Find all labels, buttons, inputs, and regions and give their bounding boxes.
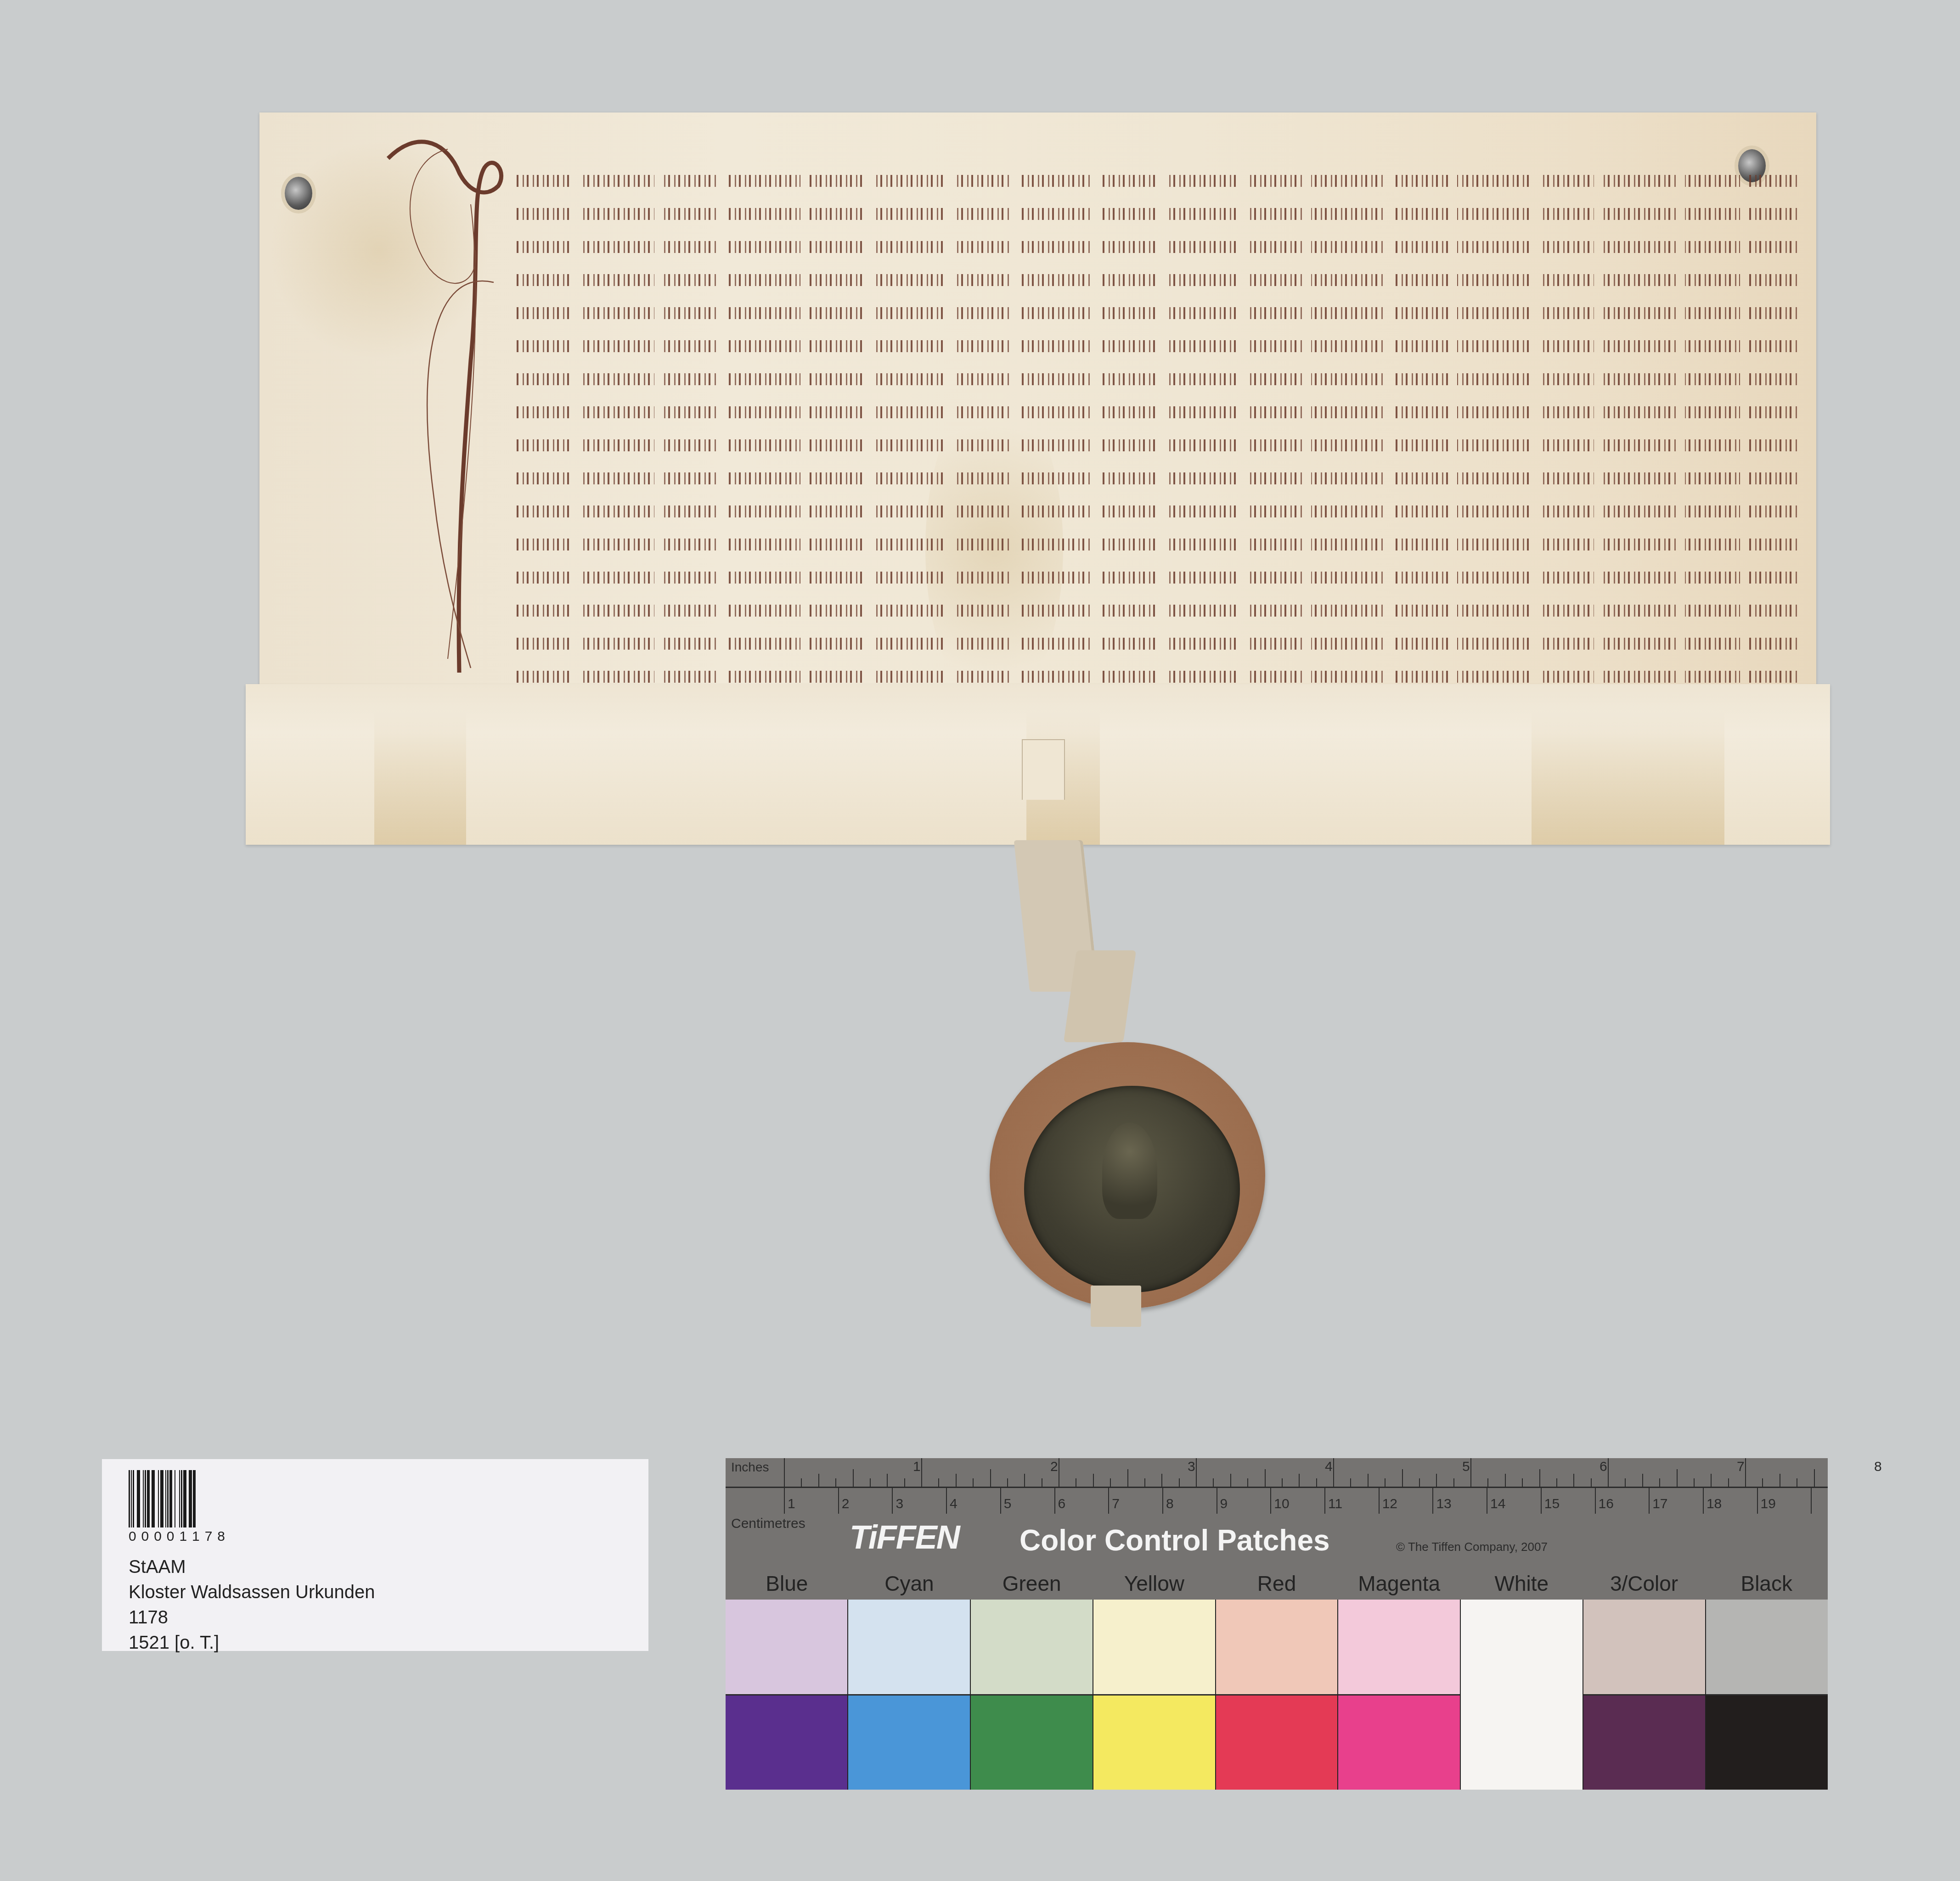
cm-ruler: 12345678910111213141516171819: [726, 1488, 1828, 1516]
ruler-tick: [1054, 1488, 1055, 1514]
inch-tick-label: 7: [1737, 1459, 1745, 1475]
ruler-tick: [1196, 1458, 1197, 1487]
ruler-tick: [1642, 1474, 1643, 1487]
ruler-tick: [1161, 1474, 1162, 1487]
ruler-tick: [1265, 1469, 1266, 1487]
patch-light: [1583, 1600, 1705, 1694]
cm-tick-label: 17: [1652, 1496, 1667, 1512]
cm-tick-label: 19: [1761, 1496, 1776, 1512]
script-line: [517, 163, 1798, 196]
cm-tick-label: 9: [1220, 1496, 1228, 1512]
ruler-tick: [938, 1478, 939, 1487]
ruler-tick: [1270, 1488, 1271, 1514]
cm-tick-label: 11: [1328, 1496, 1342, 1512]
script-line: [517, 494, 1798, 527]
ruler-tick: [1007, 1478, 1008, 1487]
patch-magenta: [1337, 1600, 1460, 1790]
patch-light: [971, 1600, 1093, 1694]
charter-text: [517, 163, 1798, 692]
cm-tick-label: 10: [1274, 1496, 1289, 1512]
ruler-tick: [1059, 1458, 1059, 1487]
ruler-tick: [921, 1458, 922, 1487]
seal-strap: [1064, 950, 1136, 1042]
cm-tick-label: 18: [1707, 1496, 1722, 1512]
ruler-tick: [853, 1469, 854, 1487]
ruler-tick: [1093, 1474, 1094, 1487]
ruler-tick: [1797, 1478, 1797, 1487]
script-line: [517, 229, 1798, 262]
ruler-tick: [990, 1469, 991, 1487]
patch-cyan: [847, 1600, 970, 1790]
patch-name: Cyan: [848, 1567, 971, 1600]
copyright-text: © The Tiffen Company, 2007: [1396, 1540, 1548, 1554]
cm-tick-label: 15: [1544, 1496, 1560, 1512]
inch-tick-label: 4: [1325, 1459, 1333, 1475]
ruler-tick: [1402, 1469, 1403, 1487]
ruler-tick: [1728, 1478, 1729, 1487]
patch-blue: [726, 1600, 847, 1790]
centimetres-label: Centimetres: [731, 1516, 805, 1532]
patch-green: [970, 1600, 1093, 1790]
color-control-card: Inches 12345678 123456789101112131415161…: [726, 1458, 1828, 1790]
patch-light: [848, 1600, 970, 1694]
decorated-initial-icon: [379, 131, 517, 673]
patch-light: [1338, 1600, 1460, 1694]
patch-name: 3/Color: [1583, 1567, 1706, 1600]
cm-tick-label: 12: [1382, 1496, 1397, 1512]
script-line: [517, 626, 1798, 659]
ruler-tick: [956, 1474, 957, 1487]
seal-strap-slit: [1022, 739, 1065, 800]
patch-black: [1705, 1600, 1828, 1790]
patch-name: Green: [970, 1567, 1093, 1600]
patch-3-color: [1583, 1600, 1705, 1790]
ruler-tick: [1108, 1488, 1109, 1514]
patch-red: [1215, 1600, 1338, 1790]
cm-tick-label: 3: [896, 1496, 903, 1512]
ruler-tick: [1316, 1478, 1317, 1487]
patch-yellow: [1093, 1600, 1215, 1790]
patch-light: [726, 1600, 847, 1694]
inch-tick-label: 5: [1462, 1459, 1470, 1475]
ruler-tick: [1350, 1478, 1351, 1487]
script-line: [517, 527, 1798, 560]
ruler-tick: [1162, 1488, 1163, 1514]
inch-tick-label: 3: [1188, 1459, 1195, 1475]
patch-dark: [1583, 1694, 1705, 1790]
ruler-tick: [892, 1488, 893, 1514]
script-line: [517, 262, 1798, 295]
patch-name: Black: [1705, 1567, 1828, 1600]
cm-tick-label: 4: [950, 1496, 957, 1512]
ruler-tick: [1379, 1488, 1380, 1514]
patch-light: [1216, 1600, 1338, 1694]
patch-light: [1461, 1600, 1583, 1695]
card-title: Color Control Patches: [1019, 1523, 1330, 1557]
script-line: [517, 328, 1798, 361]
inch-ruler: Inches 12345678: [726, 1458, 1828, 1488]
ruler-tick: [835, 1478, 836, 1487]
ruler-tick: [1368, 1474, 1369, 1487]
patch-dark: [1338, 1694, 1460, 1790]
ruler-tick: [1573, 1474, 1574, 1487]
patch-dark: [1706, 1694, 1828, 1790]
ruler-tick: [1780, 1474, 1780, 1487]
ruler-tick: [784, 1488, 785, 1514]
script-line: [517, 593, 1798, 626]
inch-tick-label: 2: [1050, 1459, 1058, 1475]
script-line: [517, 560, 1798, 593]
patch-name: Magenta: [1338, 1567, 1460, 1600]
script-line: [517, 196, 1798, 229]
ruler-tick: [1595, 1488, 1596, 1514]
cm-tick-label: 5: [1004, 1496, 1012, 1512]
ruler-tick: [1625, 1478, 1626, 1487]
ruler-tick: [1541, 1488, 1542, 1514]
charter-fold-flap: [246, 684, 1830, 845]
ruler-tick: [784, 1458, 785, 1487]
ruler-tick: [818, 1474, 819, 1487]
ruler-tick: [838, 1488, 839, 1514]
patch-name: Red: [1216, 1567, 1338, 1600]
patch-light: [1093, 1600, 1215, 1694]
ruler-tick: [1385, 1478, 1386, 1487]
wax-seal-capsule: [990, 1042, 1265, 1308]
barcode: [129, 1470, 223, 1527]
tiffen-logo: TiFFEN: [850, 1519, 959, 1556]
cm-tick-label: 16: [1599, 1496, 1614, 1512]
inch-tick-label: 1: [913, 1459, 921, 1475]
ruler-tick: [1247, 1478, 1248, 1487]
cm-tick-label: 6: [1058, 1496, 1066, 1512]
ruler-tick: [1230, 1474, 1231, 1487]
ruler-tick: [1505, 1474, 1506, 1487]
ruler-tick: [1649, 1488, 1650, 1514]
ruler-tick: [1419, 1478, 1420, 1487]
patch-name: White: [1460, 1567, 1583, 1600]
ruler-tick: [1217, 1488, 1217, 1514]
seal-strap-end: [1091, 1286, 1141, 1327]
inch-tick-label: 8: [1874, 1459, 1882, 1475]
patch-dark: [1216, 1694, 1338, 1790]
ruler-tick: [973, 1478, 974, 1487]
cm-tick-label: 14: [1490, 1496, 1505, 1512]
mounting-pin-left: [285, 177, 312, 210]
ruler-tick: [904, 1478, 905, 1487]
patch-light: [1706, 1600, 1828, 1694]
archive-label: 0 0 0 0 1 1 7 8 StAAM Kloster Waldsassen…: [102, 1459, 648, 1651]
cm-tick-label: 8: [1166, 1496, 1174, 1512]
ruler-tick: [1745, 1458, 1746, 1487]
ruler-tick: [1608, 1458, 1609, 1487]
ruler-tick: [1522, 1478, 1523, 1487]
label-collection: Kloster Waldsassen Urkunden: [129, 1580, 375, 1605]
ruler-tick: [1694, 1478, 1695, 1487]
ruler-tick: [1539, 1469, 1540, 1487]
inch-tick-label: 6: [1600, 1459, 1607, 1475]
water-stain: [1532, 712, 1724, 845]
ruler-tick: [1213, 1478, 1214, 1487]
script-line: [517, 460, 1798, 494]
patch-name: Yellow: [1093, 1567, 1216, 1600]
script-line: [517, 295, 1798, 328]
ruler-tick: [887, 1474, 888, 1487]
ruler-tick: [1487, 1478, 1488, 1487]
ruler-tick: [1487, 1488, 1487, 1514]
patch-names: Blue Cyan Green Yellow Red Magenta White…: [726, 1567, 1828, 1600]
ruler-tick: [1814, 1469, 1815, 1487]
ruler-tick: [801, 1478, 802, 1487]
ruler-tick: [1333, 1458, 1334, 1487]
barcode-number: 0 0 0 0 1 1 7 8: [129, 1529, 225, 1544]
color-patches: [726, 1600, 1828, 1790]
ruler-tick: [1677, 1469, 1678, 1487]
ruler-tick: [1144, 1478, 1145, 1487]
ruler-tick: [1324, 1488, 1325, 1514]
patch-dark: [971, 1694, 1093, 1790]
patch-name: Blue: [726, 1567, 848, 1600]
ruler-tick: [946, 1488, 947, 1514]
patch-dark: [848, 1694, 970, 1790]
ruler-tick: [1076, 1478, 1076, 1487]
script-line: [517, 361, 1798, 394]
patch-dark: [726, 1694, 847, 1790]
script-line: [517, 394, 1798, 427]
patch-white: [1460, 1600, 1583, 1790]
water-stain: [374, 712, 466, 845]
script-line: [517, 427, 1798, 460]
ruler-tick: [1711, 1474, 1712, 1487]
ruler-tick: [1556, 1478, 1557, 1487]
ruler-tick: [1762, 1478, 1763, 1487]
ruler-tick: [1432, 1488, 1433, 1514]
seal-figure: [1102, 1123, 1157, 1219]
wax-seal-icon: [1024, 1086, 1240, 1292]
ruler-tick: [1042, 1478, 1042, 1487]
ruler-tick: [1436, 1474, 1437, 1487]
ruler-tick: [1453, 1478, 1454, 1487]
patch-dark: [1093, 1694, 1215, 1790]
ruler-tick: [1179, 1478, 1180, 1487]
patch-dark: [1461, 1695, 1583, 1790]
ruler-tick: [1591, 1478, 1592, 1487]
cm-tick-label: 2: [842, 1496, 850, 1512]
ruler-tick: [870, 1478, 871, 1487]
charter-parchment: [259, 112, 1816, 700]
ruler-tick: [1703, 1488, 1704, 1514]
cm-tick-label: 13: [1436, 1496, 1451, 1512]
ruler-tick: [1757, 1488, 1758, 1514]
cm-tick-label: 1: [788, 1496, 795, 1512]
cm-tick-label: 7: [1112, 1496, 1120, 1512]
ruler-tick: [1299, 1474, 1300, 1487]
label-date: 1521 [o. T.]: [129, 1630, 375, 1656]
ruler-tick: [1110, 1478, 1111, 1487]
label-item-number: 1178: [129, 1605, 375, 1630]
ruler-tick: [1024, 1474, 1025, 1487]
ruler-tick: [1470, 1458, 1471, 1487]
ruler-tick: [1127, 1469, 1128, 1487]
label-archive: StAAM: [129, 1555, 375, 1580]
ruler-tick: [1282, 1478, 1283, 1487]
ruler-tick: [1811, 1488, 1812, 1514]
ruler-tick: [1000, 1488, 1001, 1514]
ruler-tick: [1659, 1478, 1660, 1487]
